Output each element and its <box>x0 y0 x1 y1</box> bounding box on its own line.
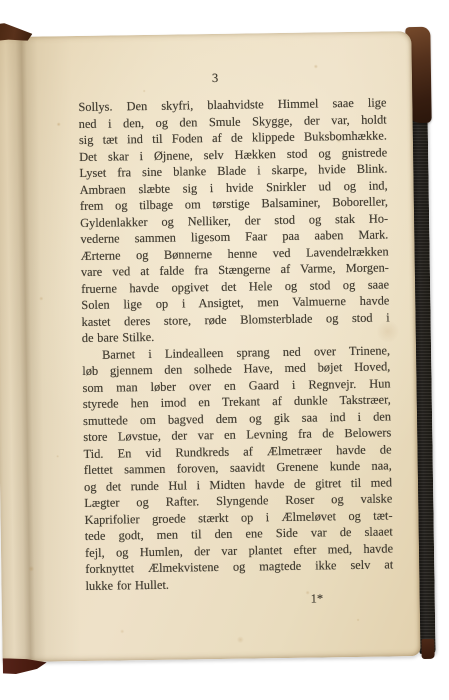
page-number: 3 <box>61 68 369 89</box>
board-corner-top-left <box>0 23 32 42</box>
binding-leather-corner-bottom <box>421 639 434 659</box>
book-page: 3 Sollys. Den skyfri, blaahvidste Himmel… <box>0 31 421 662</box>
book: 3 Sollys. Den skyfri, blaahvidste Himmel… <box>0 31 439 662</box>
photo-background: 3 Sollys. Den skyfri, blaahvidste Himmel… <box>0 0 449 700</box>
text-block: Sollys. Den skyfri, blaahvidste Himmel s… <box>78 94 393 594</box>
page-content: 3 Sollys. Den skyfri, blaahvidste Himmel… <box>78 67 394 610</box>
